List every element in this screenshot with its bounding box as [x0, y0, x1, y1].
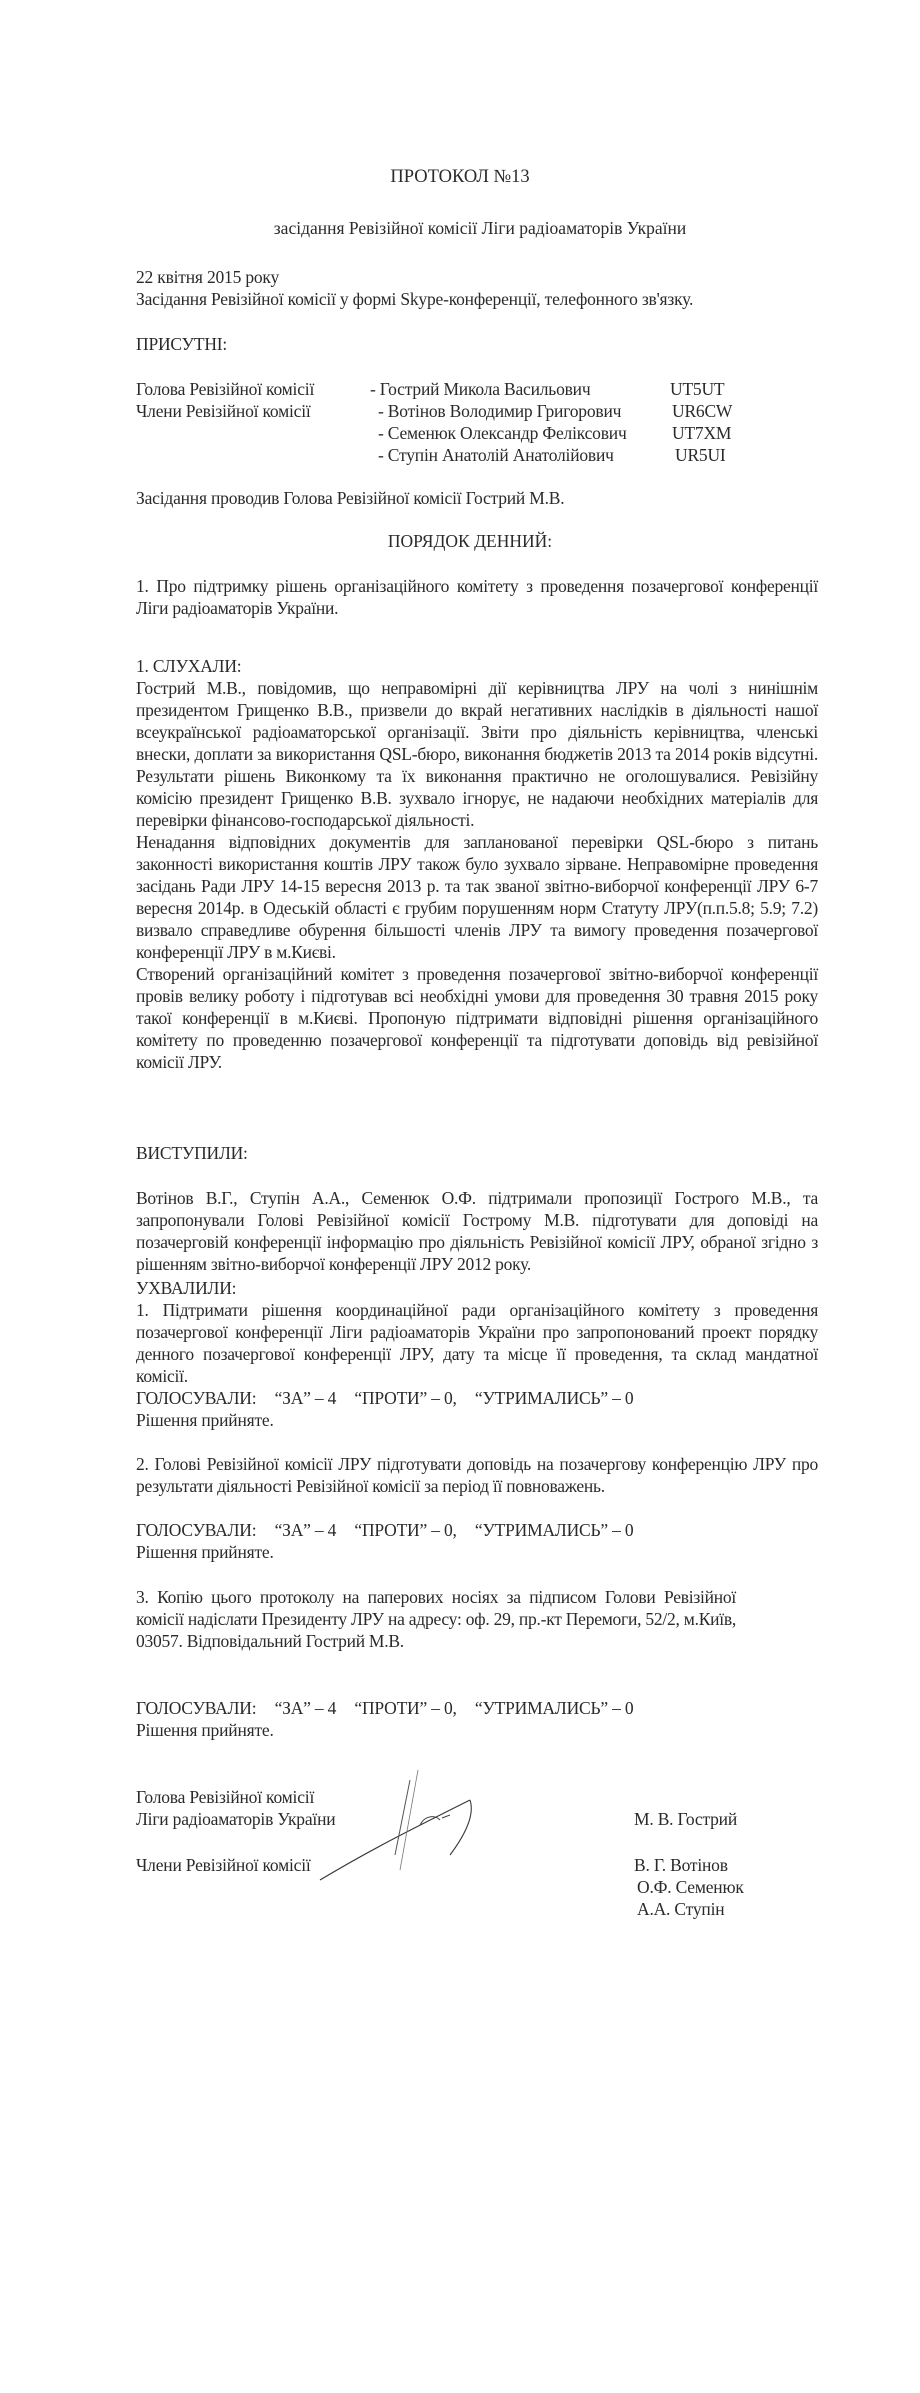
vote-line: ГОЛОСУВАЛИ: “ЗА” – 4 “ПРОТИ” – 0, “УТРИМ…	[136, 1519, 647, 1541]
resolution-item: 1. Підтримати рішення координаційної рад…	[136, 1299, 818, 1387]
vote-for: “ЗА” – 4	[275, 1520, 337, 1540]
chaired-by: Засідання проводив Голова Ревізійної ком…	[136, 487, 564, 509]
meeting-form: Засідання Ревізійної комісії у формі Sky…	[136, 288, 693, 310]
vote-against: “ПРОТИ” – 0,	[354, 1520, 456, 1540]
vote-abstained: “УТРИМАЛИСЬ” – 0	[475, 1520, 633, 1540]
vote-line: ГОЛОСУВАЛИ: “ЗА” – 4 “ПРОТИ” – 0, “УТРИМ…	[136, 1387, 647, 1409]
heard-paragraph: Гострий М.В., повідомив, що неправомірні…	[136, 677, 818, 831]
attendee-role: Члени Ревізійної комісії	[136, 400, 311, 422]
member-name: О.Ф. Семенюк	[637, 1876, 744, 1898]
member-name: В. Г. Вотінов	[634, 1854, 728, 1876]
heard-paragraph: Ненадання відповідних документів для зап…	[136, 831, 818, 963]
protocol-page: ПРОТОКОЛ №13 засідання Ревізійної комісі…	[0, 0, 920, 2393]
chair-title: Голова Ревізійної комісії	[136, 1786, 314, 1808]
member-name: А.А. Ступін	[637, 1898, 724, 1920]
resolved-heading: УХВАЛИЛИ:	[136, 1277, 236, 1299]
attendee-name: - Семенюк Олександр Феліксович	[378, 422, 627, 444]
vote-abstained: “УТРИМАЛИСЬ” – 0	[475, 1388, 633, 1408]
attendee-name: - Гострий Микола Васильович	[370, 378, 590, 400]
resolution-item: 2. Голові Ревізійної комісії ЛРУ підготу…	[136, 1453, 818, 1497]
vote-line: ГОЛОСУВАЛИ: “ЗА” – 4 “ПРОТИ” – 0, “УТРИМ…	[136, 1697, 647, 1719]
resolution-result: Рішення прийняте.	[136, 1409, 274, 1431]
heard-heading: 1. СЛУХАЛИ:	[136, 655, 241, 677]
vote-label: ГОЛОСУВАЛИ:	[136, 1388, 256, 1408]
resolution-item: 3. Копію цього протоколу на паперових но…	[136, 1586, 736, 1652]
vote-for: “ЗА” – 4	[275, 1388, 337, 1408]
vote-label: ГОЛОСУВАЛИ:	[136, 1520, 256, 1540]
attendee-name: - Вотінов Володимир Григорович	[378, 400, 621, 422]
document-subtitle: засідання Ревізійної комісії Ліги радіоа…	[0, 218, 920, 239]
attendee-name: - Ступін Анатолій Анатолійович	[378, 444, 614, 466]
members-title: Члени Ревізійної комісії	[136, 1854, 311, 1876]
attendee-callsign: UR5UI	[675, 444, 726, 466]
attendee-callsign: UT5UT	[670, 378, 724, 400]
vote-for: “ЗА” – 4	[275, 1698, 337, 1718]
vote-abstained: “УТРИМАЛИСЬ” – 0	[475, 1698, 633, 1718]
chair-name: М. В. Гострий	[634, 1808, 737, 1830]
vote-label: ГОЛОСУВАЛИ:	[136, 1698, 256, 1718]
resolution-result: Рішення прийняте.	[136, 1719, 274, 1741]
attendee-role: Голова Ревізійної комісії	[136, 378, 314, 400]
vote-against: “ПРОТИ” – 0,	[354, 1388, 456, 1408]
attendee-callsign: UR6CW	[672, 400, 732, 422]
spoke-heading: ВИСТУПИЛИ:	[136, 1142, 248, 1164]
attendee-callsign: UT7XM	[672, 422, 731, 444]
agenda-heading: ПОРЯДОК ДЕННИЙ:	[0, 531, 920, 552]
vote-against: “ПРОТИ” – 0,	[354, 1698, 456, 1718]
meeting-date: 22 квітня 2015 року	[136, 266, 279, 288]
signature-icon	[300, 1760, 500, 1890]
attendees-heading: ПРИСУТНІ:	[136, 333, 227, 355]
resolution-result: Рішення прийняте.	[136, 1541, 274, 1563]
document-title: ПРОТОКОЛ №13	[0, 167, 920, 188]
heard-paragraph: Створений організаційний комітет з прове…	[136, 963, 818, 1073]
spoke-text: Вотінов В.Г., Ступін А.А., Семенюк О.Ф. …	[136, 1187, 818, 1275]
agenda-item: 1. Про підтримку рішень організаційного …	[136, 575, 818, 619]
